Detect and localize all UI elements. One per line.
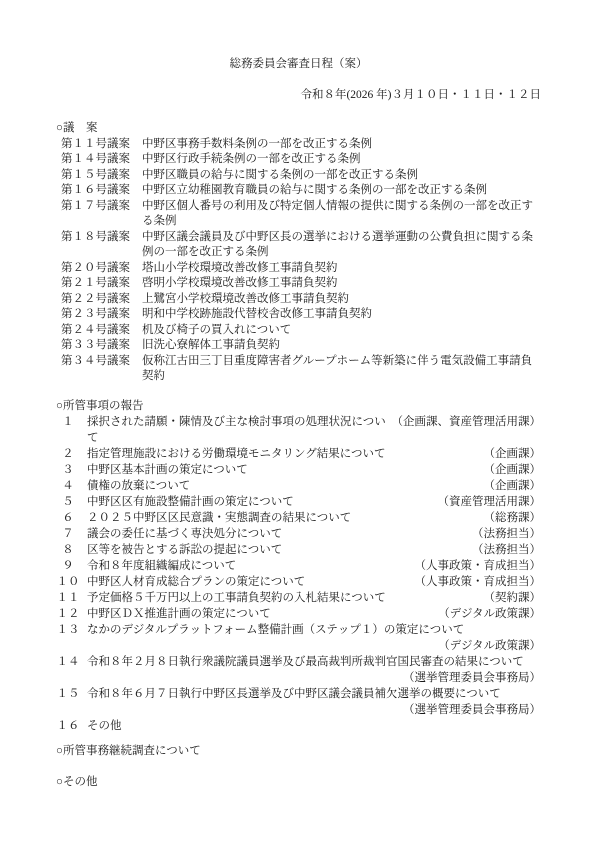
- report-row: ５ 中野区区有施設整備計画の策定について （資産管理活用課）: [56, 494, 541, 510]
- report-number: １０: [56, 574, 80, 590]
- bill-title: 啓明小学校環境改善改修工事請負契約: [142, 276, 541, 292]
- report-department: （契約課）: [484, 590, 542, 606]
- bill-title: 中野区行政手続条例の一部を改正する条例: [142, 152, 541, 168]
- bill-row: 第１６号議案 中野区立幼稚園教育職員の給与に関する条例の一部を改正する条例: [61, 183, 541, 199]
- report-department: （企画課）: [484, 478, 542, 494]
- bill-number-label: 第１７号議案: [61, 199, 131, 230]
- bill-row: 第３４号議案 仮称江古田三丁目重度障害者グループホーム等新築に伴う電気設備工事請…: [61, 354, 541, 385]
- report-number: ５: [56, 494, 80, 510]
- report-department: （企画課、資産管理活用課）: [392, 414, 542, 446]
- report-department-line: （選挙管理委員会事務局）: [56, 670, 541, 686]
- report-title: 指定管理施設における労働環境モニタリング結果について: [87, 446, 386, 462]
- bill-title: 旧洗心寮解体工事請負契約: [142, 338, 541, 354]
- report-row: １３ なかのデジタルプラットフォーム整備計画（ステップ１）の策定について （デジ…: [56, 622, 541, 638]
- report-row: ６ ２０２５中野区区民意識・実態調査の結果について （総務課）: [56, 510, 541, 526]
- bill-row: 第１８号議案 中野区議会議員及び中野区長の選挙における選挙運動の公費負担に関する…: [61, 230, 541, 261]
- page-title: 総務委員会審査日程（案）: [56, 57, 541, 73]
- reports-list: １ 採択された請願・陳情及び主な検討事項の処理状況について （企画課、資産管理活…: [56, 414, 541, 734]
- report-row: ９ 令和８年度組織編成について （人事政策・育成担当）: [56, 558, 541, 574]
- report-number: １１: [56, 590, 80, 606]
- report-number: ７: [56, 526, 80, 542]
- bill-title: 中野区職員の給与に関する条例の一部を改正する条例: [142, 168, 541, 184]
- report-row: ８ 区等を被告とする訴訟の提起について （法務担当）: [56, 542, 541, 558]
- report-number: ２: [56, 446, 80, 462]
- report-number: １４: [56, 654, 80, 670]
- report-department: （企画課）: [484, 446, 542, 462]
- bill-row: 第２３号議案 明和中学校跡施設代替校舎改修工事請負契約: [61, 307, 541, 323]
- report-row: ２ 指定管理施設における労働環境モニタリング結果について （企画課）: [56, 446, 541, 462]
- bill-row: 第１５号議案 中野区職員の給与に関する条例の一部を改正する条例: [61, 168, 541, 184]
- report-number: １: [56, 414, 80, 446]
- report-row: ７ 議会の委任に基づく専決処分について （法務担当）: [56, 526, 541, 542]
- report-department: （法務担当）: [472, 526, 541, 542]
- report-number: ８: [56, 542, 80, 558]
- bill-number-label: 第３４号議案: [61, 354, 131, 385]
- bill-row: 第２４号議案 机及び椅子の買入れについて: [61, 323, 541, 339]
- bill-number-label: 第１１号議案: [61, 137, 131, 153]
- report-department: （デジタル政策課）: [438, 606, 541, 622]
- bill-number-label: 第３３号議案: [61, 338, 131, 354]
- report-title: 中野区ＤＸ推進計画の策定について: [87, 606, 271, 622]
- report-number: １３: [56, 622, 80, 638]
- bill-number-label: 第１８号議案: [61, 230, 131, 261]
- bill-title: 中野区個人番号の利用及び特定個人情報の提供に関する条例の一部を改正する条例: [142, 199, 541, 230]
- report-row: １１ 予定価格５千万円以上の工事請負契約の入札結果について （契約課）: [56, 590, 541, 606]
- report-title: 中野区区有施設整備計画の策定について: [87, 494, 294, 510]
- report-title: 令和８年度組織編成について: [87, 558, 236, 574]
- report-title: 令和８年２月８日執行衆議院議員選挙及び最高裁判所裁判官国民審査の結果について: [87, 654, 524, 670]
- report-row: １５ 令和８年６月７日執行中野区長選挙及び中野区議会議員補欠選挙の概要について …: [56, 686, 541, 702]
- report-row: １６ その他: [56, 718, 541, 734]
- bills-list: 第１１号議案 中野区事務手数料条例の一部を改正する条例 第１４号議案 中野区行政…: [56, 137, 541, 385]
- report-row: ３ 中野区基本計画の策定について （企画課）: [56, 462, 541, 478]
- date-line: 令和８年(2026 年)３月１０日・１１日・１２日: [56, 88, 541, 104]
- document-page: 総務委員会審査日程（案） 令和８年(2026 年)３月１０日・１１日・１２日 ○…: [0, 0, 596, 842]
- reports-heading: ○所管事項の報告: [56, 398, 541, 414]
- report-number: ４: [56, 478, 80, 494]
- report-number: １５: [56, 686, 80, 702]
- report-number: ９: [56, 558, 80, 574]
- report-row: １ 採択された請願・陳情及び主な検討事項の処理状況について （企画課、資産管理活…: [56, 414, 541, 446]
- reports-section: ○所管事項の報告 １ 採択された請願・陳情及び主な検討事項の処理状況について （…: [56, 398, 541, 734]
- bill-row: 第３３号議案 旧洗心寮解体工事請負契約: [61, 338, 541, 354]
- bill-number-label: 第２２号議案: [61, 292, 131, 308]
- bill-row: 第２２号議案 上鷺宮小学校環境改善改修工事請負契約: [61, 292, 541, 308]
- other-heading: ○その他: [56, 775, 541, 791]
- bill-row: 第１１号議案 中野区事務手数料条例の一部を改正する条例: [61, 137, 541, 153]
- report-number: １６: [56, 718, 80, 734]
- report-title: 区等を被告とする訴訟の提起について: [87, 542, 282, 558]
- bill-title: 明和中学校跡施設代替校舎改修工事請負契約: [142, 307, 541, 323]
- report-row: １０ 中野区人材育成総合プランの策定について （人事政策・育成担当）: [56, 574, 541, 590]
- report-department: （人事政策・育成担当）: [415, 558, 542, 574]
- report-department: （人事政策・育成担当）: [415, 574, 542, 590]
- bill-title: 机及び椅子の買入れについて: [142, 323, 541, 339]
- report-department-line: （デジタル政策課）: [56, 638, 541, 654]
- bill-number-label: 第１４号議案: [61, 152, 131, 168]
- report-department: （企画課）: [484, 462, 542, 478]
- bill-title: 仮称江古田三丁目重度障害者グループホーム等新築に伴う電気設備工事請負契約: [142, 354, 541, 385]
- bill-row: 第２１号議案 啓明小学校環境改善改修工事請負契約: [61, 276, 541, 292]
- bill-number-label: 第２０号議案: [61, 261, 131, 277]
- report-number: １２: [56, 606, 80, 622]
- bill-number-label: 第１６号議案: [61, 183, 131, 199]
- bill-title: 上鷺宮小学校環境改善改修工事請負契約: [142, 292, 541, 308]
- bill-row: 第１７号議案 中野区個人番号の利用及び特定個人情報の提供に関する条例の一部を改正…: [61, 199, 541, 230]
- report-row: １４ 令和８年２月８日執行衆議院議員選挙及び最高裁判所裁判官国民審査の結果につい…: [56, 654, 541, 670]
- report-title: なかのデジタルプラットフォーム整備計画（ステップ１）の策定について: [87, 622, 464, 638]
- bill-row: 第１４号議案 中野区行政手続条例の一部を改正する条例: [61, 152, 541, 168]
- report-department: （資産管理活用課）: [438, 494, 542, 510]
- report-row: ４ 債権の放棄について （企画課）: [56, 478, 541, 494]
- report-title: 予定価格５千万円以上の工事請負契約の入札結果について: [87, 590, 386, 606]
- bills-heading: ○議 案: [56, 121, 541, 137]
- report-title: 採択された請願・陳情及び主な検討事項の処理状況について: [87, 414, 392, 446]
- report-title: ２０２５中野区区民意識・実態調査の結果について: [87, 510, 351, 526]
- report-number: ６: [56, 510, 80, 526]
- report-department: （法務担当）: [472, 542, 541, 558]
- report-title: 令和８年６月７日執行中野区長選挙及び中野区議会議員補欠選挙の概要について: [87, 686, 501, 702]
- report-title: 債権の放棄について: [87, 478, 190, 494]
- report-title: 中野区基本計画の策定について: [87, 462, 248, 478]
- report-row: １２ 中野区ＤＸ推進計画の策定について （デジタル政策課）: [56, 606, 541, 622]
- bill-number-label: 第２１号議案: [61, 276, 131, 292]
- bill-title: 塔山小学校環境改善改修工事請負契約: [142, 261, 541, 277]
- bill-number-label: 第２４号議案: [61, 323, 131, 339]
- bills-section: ○議 案 第１１号議案 中野区事務手数料条例の一部を改正する条例 第１４号議案 …: [56, 121, 541, 385]
- bill-title: 中野区立幼稚園教育職員の給与に関する条例の一部を改正する条例: [142, 183, 541, 199]
- report-title: 中野区人材育成総合プランの策定について: [87, 574, 305, 590]
- report-department: （総務課）: [484, 510, 542, 526]
- bill-row: 第２０号議案 塔山小学校環境改善改修工事請負契約: [61, 261, 541, 277]
- bill-title: 中野区議会議員及び中野区長の選挙における選挙運動の公費負担に関する条例の一部を改…: [142, 230, 541, 261]
- report-title: 議会の委任に基づく専決処分について: [87, 526, 282, 542]
- bill-number-label: 第１５号議案: [61, 168, 131, 184]
- bill-number-label: 第２３号議案: [61, 307, 131, 323]
- continuing-survey-heading: ○所管事務継続調査について: [56, 744, 541, 760]
- report-department-line: （選挙管理委員会事務局）: [56, 702, 541, 718]
- bill-title: 中野区事務手数料条例の一部を改正する条例: [142, 137, 541, 153]
- report-number: ３: [56, 462, 80, 478]
- report-title: その他: [87, 718, 122, 734]
